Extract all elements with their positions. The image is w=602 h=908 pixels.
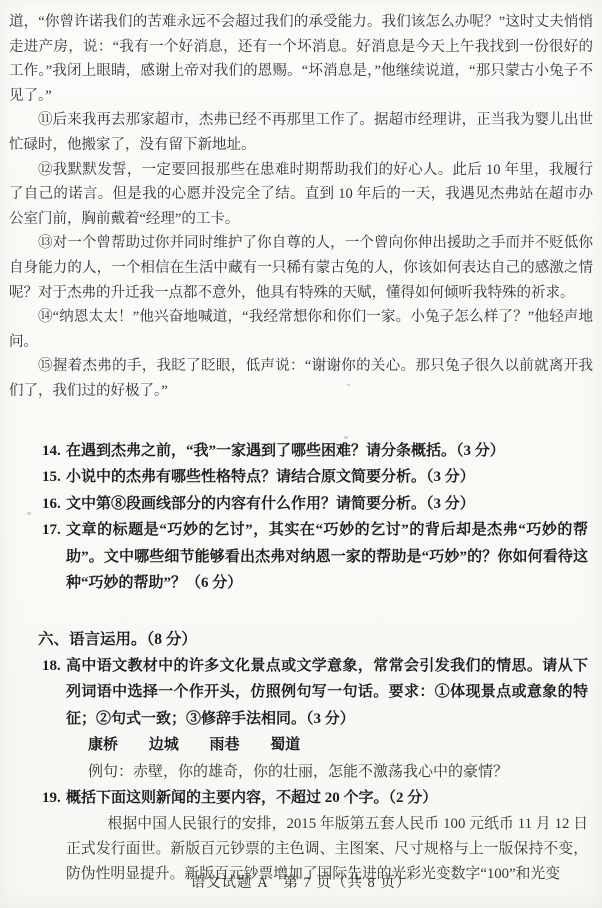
scan-speck bbox=[347, 384, 350, 386]
question-17-text: 文章的标题是“巧妙的乞讨”，其实在“巧妙的乞讨”的背后却是杰弗“巧妙的帮助”。文… bbox=[66, 517, 588, 597]
scan-speck bbox=[344, 436, 348, 439]
question-18-number: 18. bbox=[42, 653, 66, 680]
question-19-number: 19. bbox=[42, 785, 66, 812]
question-14-number: 14. bbox=[42, 438, 66, 465]
reading-passage: 道，“你曾许诺我们的苦难永远不会超过我们的承受能力。我们该怎么办呢？”这时丈夫悄… bbox=[0, 0, 602, 404]
question-17: 17. 文章的标题是“巧妙的乞讨”，其实在“巧妙的乞讨”的背后却是杰弗“巧妙的帮… bbox=[42, 517, 588, 597]
scan-speck bbox=[27, 512, 31, 515]
word-option-biancheng: 边城 bbox=[149, 737, 179, 753]
passage-paragraph-12: ⑫我默默发誓，一定要回报那些在患难时期帮助我们的好心人。此后 10 年里，我履行… bbox=[9, 158, 593, 232]
question-14: 14. 在遇到杰弗之前，“我”一家遇到了哪些困难？请分条概括。（3 分） bbox=[42, 438, 588, 465]
comprehension-questions: 14. 在遇到杰弗之前，“我”一家遇到了哪些困难？请分条概括。（3 分） 15.… bbox=[42, 438, 588, 597]
passage-paragraph-continued: 道，“你曾许诺我们的苦难永远不会超过我们的承受能力。我们该怎么办呢？”这时丈夫悄… bbox=[9, 10, 593, 108]
passage-paragraph-15: ⑮握着杰弗的手，我眨了眨眼，低声说：“谢谢你的关心。那只兔子很久以前就离开我们了… bbox=[9, 354, 593, 403]
passage-paragraph-14: ⑭“纳恩太太！”他兴奋地喊道，“我经常想你和你们一家。小兔子怎么样了？”他轻声地… bbox=[9, 305, 593, 354]
word-option-yuxiang: 雨巷 bbox=[210, 737, 240, 753]
exam-paper-page: 道，“你曾许诺我们的苦难永远不会超过我们的承受能力。我们该怎么办呢？”这时丈夫悄… bbox=[0, 0, 602, 908]
question-14-text: 在遇到杰弗之前，“我”一家遇到了哪些困难？请分条概括。（3 分） bbox=[66, 438, 588, 465]
language-use-section: 18. 高中语文教材中的许多文化景点或文学意象，常常会引发我们的情思。请从下列词… bbox=[42, 653, 588, 888]
question-17-number: 17. bbox=[42, 517, 66, 544]
question-18: 18. 高中语文教材中的许多文化景点或文学意象，常常会引发我们的情思。请从下列词… bbox=[42, 653, 588, 786]
example-sentence: 例句：赤壁，你的雄奇，你的壮丽，怎能不激荡我心中的豪情？ bbox=[88, 759, 588, 786]
question-15: 15. 小说中的杰弗有哪些性格特点？请结合原文简要分析。（3 分） bbox=[42, 464, 588, 491]
word-option-shudao: 蜀道 bbox=[270, 737, 300, 753]
question-18-body: 高中语文教材中的许多文化景点或文学意象，常常会引发我们的情思。请从下列词语中选择… bbox=[66, 653, 588, 786]
page-footer: 语文试题 A 第 7 页（共 8 页） bbox=[0, 871, 602, 892]
question-19-text: 概括下面这则新闻的主要内容，不超过 20 个字。（2 分） bbox=[66, 785, 588, 812]
question-16: 16. 文中第⑧段画线部分的内容有什么作用？请简要分析。（3 分） bbox=[42, 491, 588, 518]
word-options: 康桥 边城 雨巷 蜀道 bbox=[88, 732, 588, 759]
question-16-text: 文中第⑧段画线部分的内容有什么作用？请简要分析。（3 分） bbox=[66, 491, 588, 518]
section-six-header: 六、语言运用。（8 分） bbox=[38, 627, 602, 649]
question-16-number: 16. bbox=[42, 491, 66, 518]
question-18-text: 高中语文教材中的许多文化景点或文学意象，常常会引发我们的情思。请从下列词语中选择… bbox=[66, 653, 588, 733]
question-15-number: 15. bbox=[42, 464, 66, 491]
passage-paragraph-11: ⑪后来我再去那家超市，杰弗已经不再那里工作了。据超市经理讲，正当我为婴儿出世忙碌… bbox=[9, 108, 593, 157]
question-15-text: 小说中的杰弗有哪些性格特点？请结合原文简要分析。（3 分） bbox=[66, 464, 588, 491]
word-option-kangqiao: 康桥 bbox=[88, 737, 118, 753]
passage-paragraph-13: ⑬对一个曾帮助过你并同时维护了你自尊的人，一个曾向你伸出援助之手而并不贬低你自身… bbox=[9, 231, 593, 305]
